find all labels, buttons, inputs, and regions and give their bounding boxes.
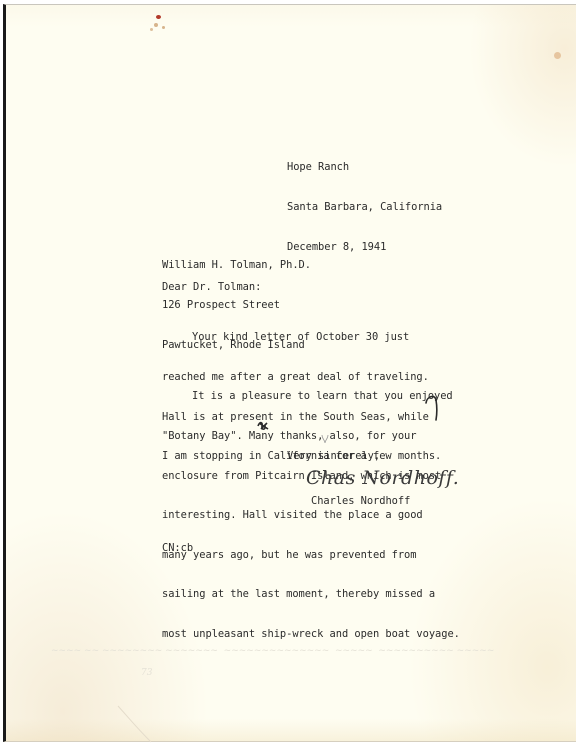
return-address-line: Hope Ranch [287, 161, 442, 174]
pencil-caret [321, 431, 329, 441]
typist-initials: CN:cb [162, 542, 193, 555]
margin-question-mark [423, 394, 441, 422]
foxing-spot [162, 26, 165, 29]
body-line: most unpleasant ship-wreck and open boat… [162, 628, 460, 641]
body-line: sailing at the last moment, thereby miss… [162, 588, 460, 601]
scan-background: Hope Ranch Santa Barbara, California Dec… [0, 0, 576, 754]
foxing-spot [150, 28, 153, 31]
paragraph-2: It is a pleasure to learn that you enjoy… [162, 364, 460, 668]
signer-name: Charles Nordhoff [311, 495, 410, 508]
rust-spot [156, 15, 161, 19]
foxing-spot [154, 23, 158, 27]
letter-page: Hope Ranch Santa Barbara, California Dec… [3, 4, 576, 742]
body-line: "Botany Bay". Many thanks, also, for you… [162, 430, 460, 443]
signature: Chas Nordhoff. [306, 467, 459, 489]
salutation: Dear Dr. Tolman: [162, 281, 261, 294]
body-line: It is a pleasure to learn that you enjoy… [162, 390, 460, 403]
ink-overstrike [257, 419, 271, 431]
paper-crease [116, 705, 156, 743]
pencil-annotation-number: 73 [141, 668, 152, 678]
return-address-line: Santa Barbara, California [287, 201, 442, 214]
pencil-annotation: ~~~~ ~~ ~~~~~~~~ ~~~~~~~ ~~~~~~~~~~~~~~ … [51, 646, 494, 656]
foxing-spot [554, 52, 561, 59]
body-line: interesting. Hall visited the place a go… [162, 509, 460, 522]
recipient-line: William H. Tolman, Ph.D. [162, 259, 311, 272]
body-line: many years ago, but he was prevented fro… [162, 549, 460, 562]
body-line: Your kind letter of October 30 just [162, 331, 441, 344]
closing: Very sincerely, [287, 450, 380, 463]
